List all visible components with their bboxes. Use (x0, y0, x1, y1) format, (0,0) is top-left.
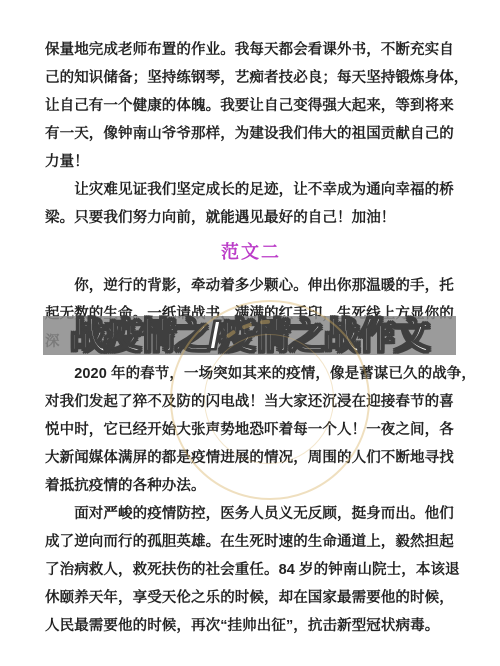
section-header: 范文二 (45, 238, 457, 266)
text-line: 2020 年的春节，一场突如其来的疫情，像是蓄谋已久的战争， (45, 360, 457, 388)
title-overlay-band: 战疫情之/疫情之战作文 (43, 316, 456, 355)
text-line: 休颐养天年，享受天伦之乐的时候，却在国家最需要他的时候， (45, 584, 457, 612)
text-line: 了治病救人，救死扶伤的社会重任。84 岁的钟南山院士，本该退 (45, 556, 457, 584)
paragraph-5: 面对严峻的疫情防控，医务人员义无反顾，挺身而出。他们成了逆向而行的孤胆英雄。在生… (45, 500, 457, 640)
text-line: 人民最需要他的时候，再次“挂帅出征”，抗击新型冠状病毒。 (45, 612, 457, 640)
text-line: 你，逆行的背影，牵动着多少颗心。伸出你那温暖的手，托 (45, 272, 457, 300)
text-line: 悦中时，它已经开始大张声势地恐吓着每一个人！一夜之间，各 (45, 416, 457, 444)
document-page: 保量地完成老师布置的作业。我每天都会看课外书，不断充实自己的知识储备；坚持练钢琴… (0, 0, 500, 666)
text-line: 梁。只要我们努力向前，就能遇见最好的自己！加油！ (45, 204, 457, 232)
text-line: 成了逆向而行的孤胆英雄。在生死时速的生命通道上，毅然担起 (45, 528, 457, 556)
text-line: 保量地完成老师布置的作业。我每天都会看课外书，不断充实自 (45, 36, 457, 64)
text-line: 有一天，像钟南山爷爷那样，为建设我们伟大的祖国贡献自己的 (45, 120, 457, 148)
text-line: 对我们发起了猝不及防的闪电战！当大家还沉浸在迎接春节的喜 (45, 388, 457, 416)
paragraph-2: 让灾难见证我们坚定成长的足迹，让不幸成为通向幸福的桥梁。只要我们努力向前，就能遇… (45, 176, 457, 232)
text-line: 让自己有一个健康的体魄。我要让自己变得强大起来，等到将来 (45, 92, 457, 120)
paragraph-1: 保量地完成老师布置的作业。我每天都会看课外书，不断充实自己的知识储备；坚持练钢琴… (45, 36, 457, 176)
text-line: 着抵抗疫情的各种办法。 (45, 472, 457, 500)
text-line: 大新闻媒体满屏的都是疫情进展的情况，周围的人们不断地寻找 (45, 444, 457, 472)
text-line: 让灾难见证我们坚定成长的足迹，让不幸成为通向幸福的桥 (45, 176, 457, 204)
text-line: 力量！ (45, 148, 457, 176)
text-line: 面对严峻的疫情防控，医务人员义无反顾，挺身而出。他们 (45, 500, 457, 528)
text-line: 己的知识储备；坚持练钢琴，艺痴者技必良；每天坚持锻炼身体， (45, 64, 457, 92)
paragraph-4: 2020 年的春节，一场突如其来的疫情，像是蓄谋已久的战争，对我们发起了猝不及防… (45, 360, 457, 500)
overlay-title: 战疫情之/疫情之战作文 (70, 316, 429, 355)
